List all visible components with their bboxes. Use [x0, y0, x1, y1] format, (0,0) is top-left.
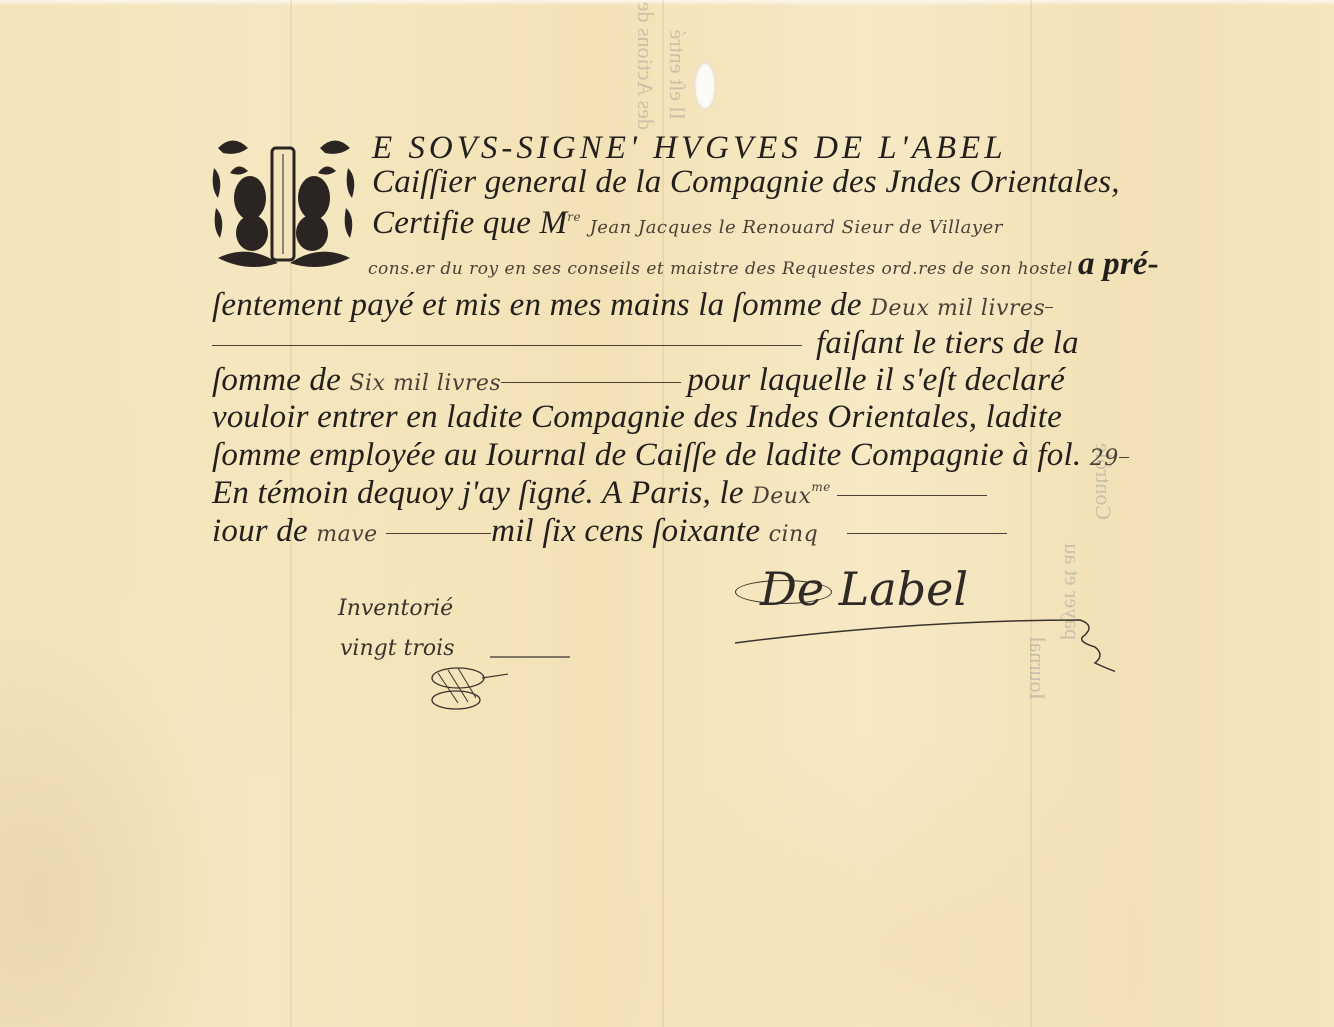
- paraph-initials-mark: [418, 658, 508, 720]
- text-line: cons.er du roy en ses conseils et maistr…: [368, 246, 1159, 283]
- handwritten-day: Deux: [752, 484, 811, 509]
- text-line: vouloir entrer en ladite Compagnie des I…: [212, 399, 1062, 436]
- foliage-ornament-icon: [208, 128, 360, 276]
- text-line: En témoin dequoy j'ay ſigné. A Paris, le…: [212, 475, 987, 512]
- tiers-text: faiſant le tiers de la: [816, 325, 1079, 361]
- handwritten-amount-paid: Deux mil livres: [870, 296, 1045, 321]
- text-line: ſomme de Six mil livrespour laquelle il …: [212, 362, 1065, 399]
- a-present-text: a pré-: [1078, 246, 1159, 282]
- text-line: faiſant le tiers de la: [212, 325, 1079, 362]
- handwritten-year-suffix: cinq: [769, 522, 819, 547]
- somme-de-text: ſomme de: [212, 362, 341, 398]
- handwritten-payer-name: Jean Jacques le Renouard Sieur de Villay…: [590, 217, 1003, 238]
- text-line: iour de mave mil ſix cens ſoixante cinq: [212, 513, 1007, 550]
- punch-hole: [694, 62, 716, 110]
- handwritten-payer-title: cons.er du roy en ses conseils et maistr…: [368, 259, 1073, 279]
- text-line: ſomme employée au Iournal de Caiſſe de l…: [212, 437, 1129, 474]
- handwritten-month: mave: [316, 522, 377, 547]
- blank-rule: [212, 345, 802, 346]
- certifie-text: Certifie que M: [372, 205, 567, 241]
- fold-line: [1030, 0, 1032, 1027]
- year-text: mil ſix cens ſoixante: [491, 513, 760, 549]
- bleed-through-text: des Actions de la: [632, 0, 658, 130]
- declare-text: pour laquelle il s'eſt declaré: [687, 362, 1065, 398]
- paper-top-edge: [0, 0, 1334, 6]
- signature-underline-flourish: [735, 615, 1115, 675]
- iour-de-text: iour de: [212, 513, 308, 549]
- text-line: Certifie que Mre Jean Jacques le Renouar…: [372, 205, 1003, 242]
- temoin-text: En témoin dequoy j'ay ſigné. A Paris, le: [212, 475, 744, 511]
- day-suffix: me: [811, 480, 830, 494]
- bleed-through-text: Il eſt entré: [664, 30, 690, 120]
- handwritten-folio: 29: [1090, 446, 1119, 471]
- heading-line: E SOVS-SIGNE' HVGVES DE L'ABEL: [372, 130, 1007, 167]
- text-line: Caiſſier general de la Compagnie des Jnd…: [372, 164, 1120, 201]
- text-line: ſentement payé et mis en mes mains la ſo…: [212, 287, 1053, 324]
- journal-text: ſomme employée au Iournal de Caiſſe de l…: [212, 437, 1081, 473]
- ornate-drop-cap-i: [208, 128, 360, 276]
- handwritten-total-amount: Six mil livres: [349, 371, 501, 396]
- signature: De Label: [760, 562, 968, 616]
- marginal-note-inventorie: Inventorié: [338, 596, 453, 621]
- title-superscript: re: [567, 210, 581, 224]
- payment-text: ſentement payé et mis en mes mains la ſo…: [212, 287, 862, 323]
